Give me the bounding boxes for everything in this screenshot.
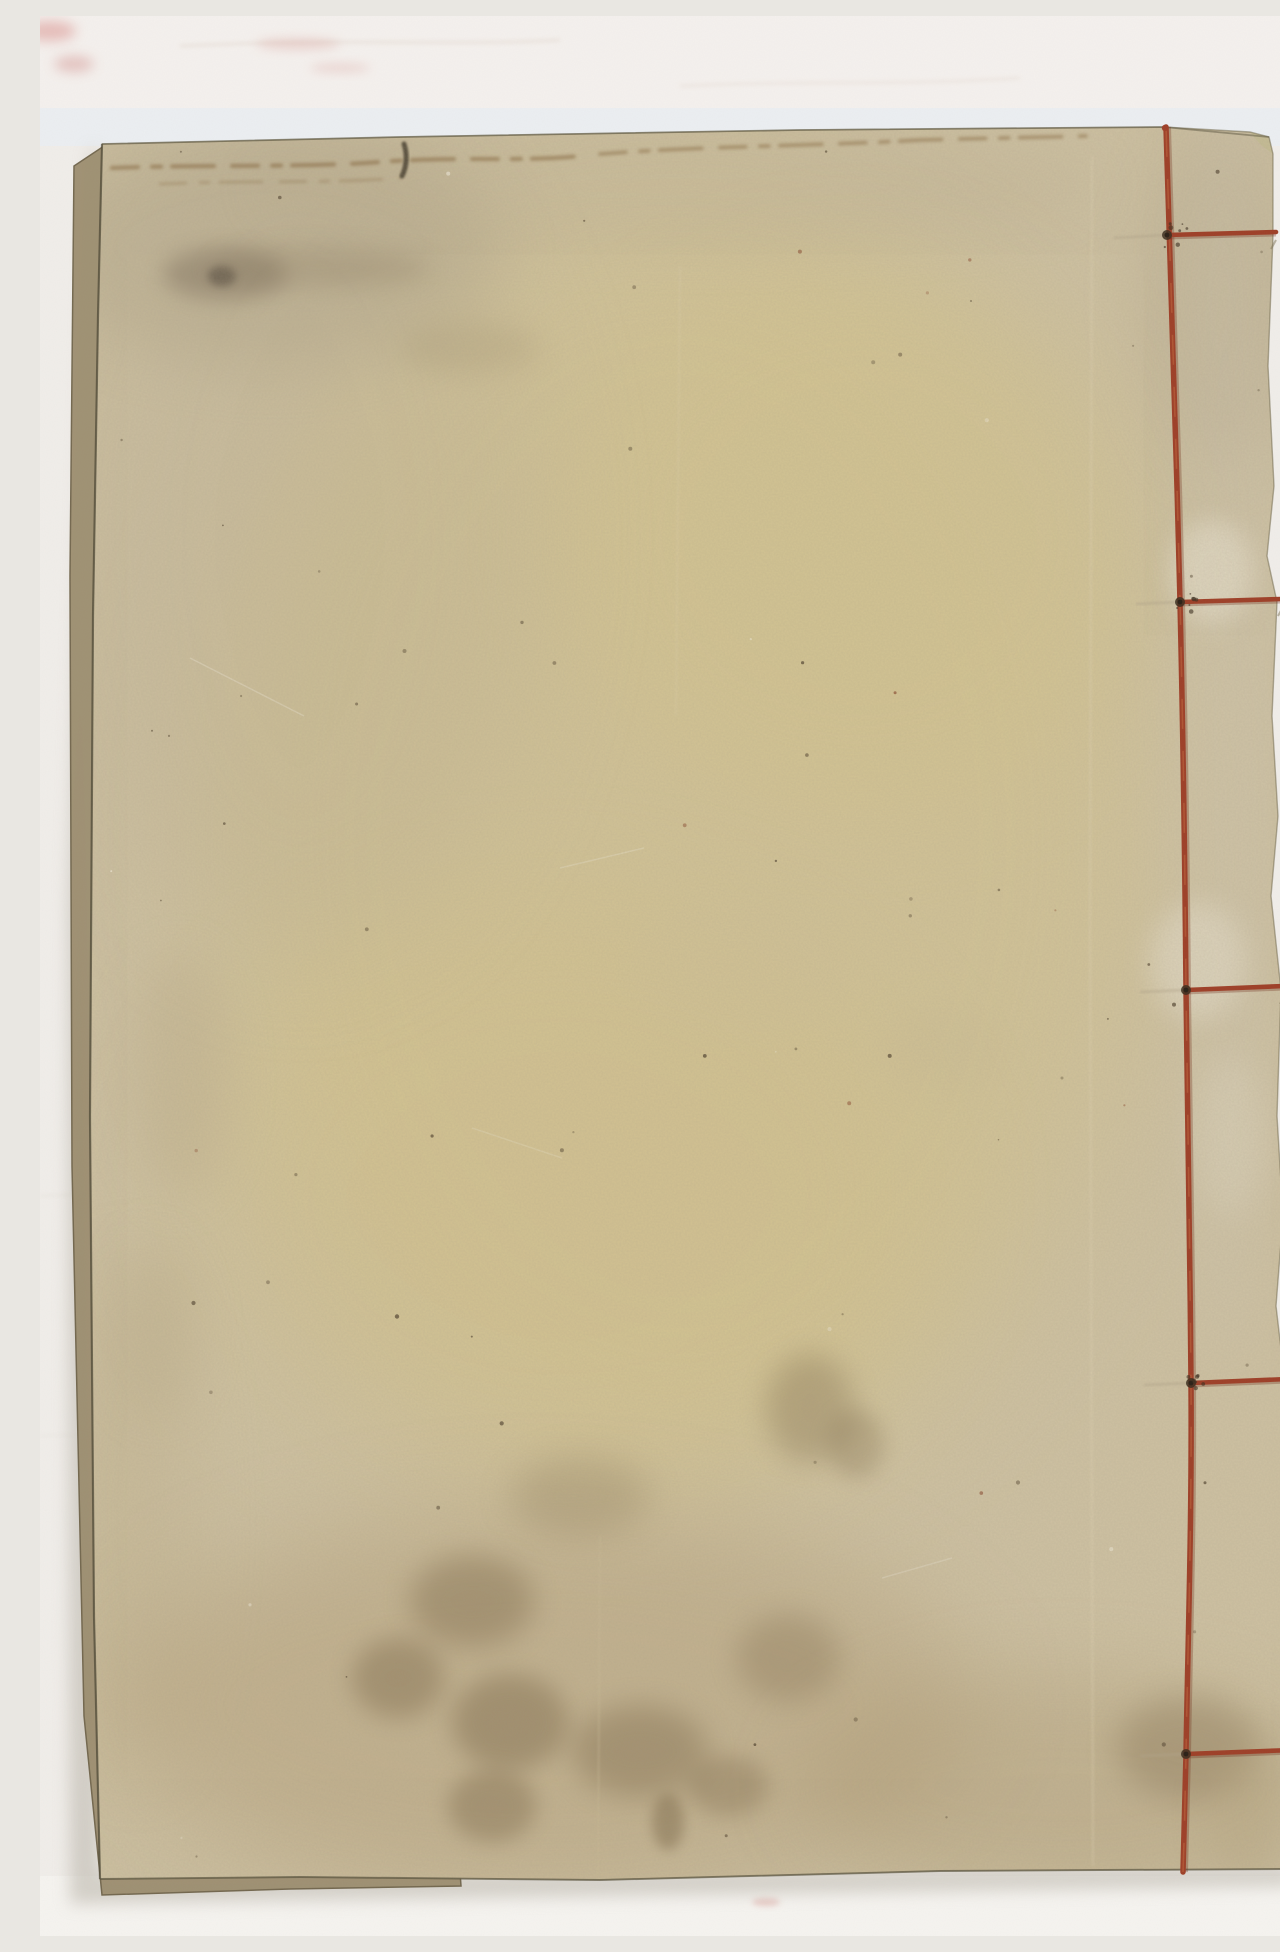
photo-grain-layer bbox=[40, 16, 1280, 1936]
scene-svg bbox=[40, 16, 1280, 1936]
photo-noise bbox=[40, 16, 1280, 1936]
photo-of-stab-bound-book: Photograph: back cover of an antique Eas… bbox=[40, 16, 1280, 1936]
